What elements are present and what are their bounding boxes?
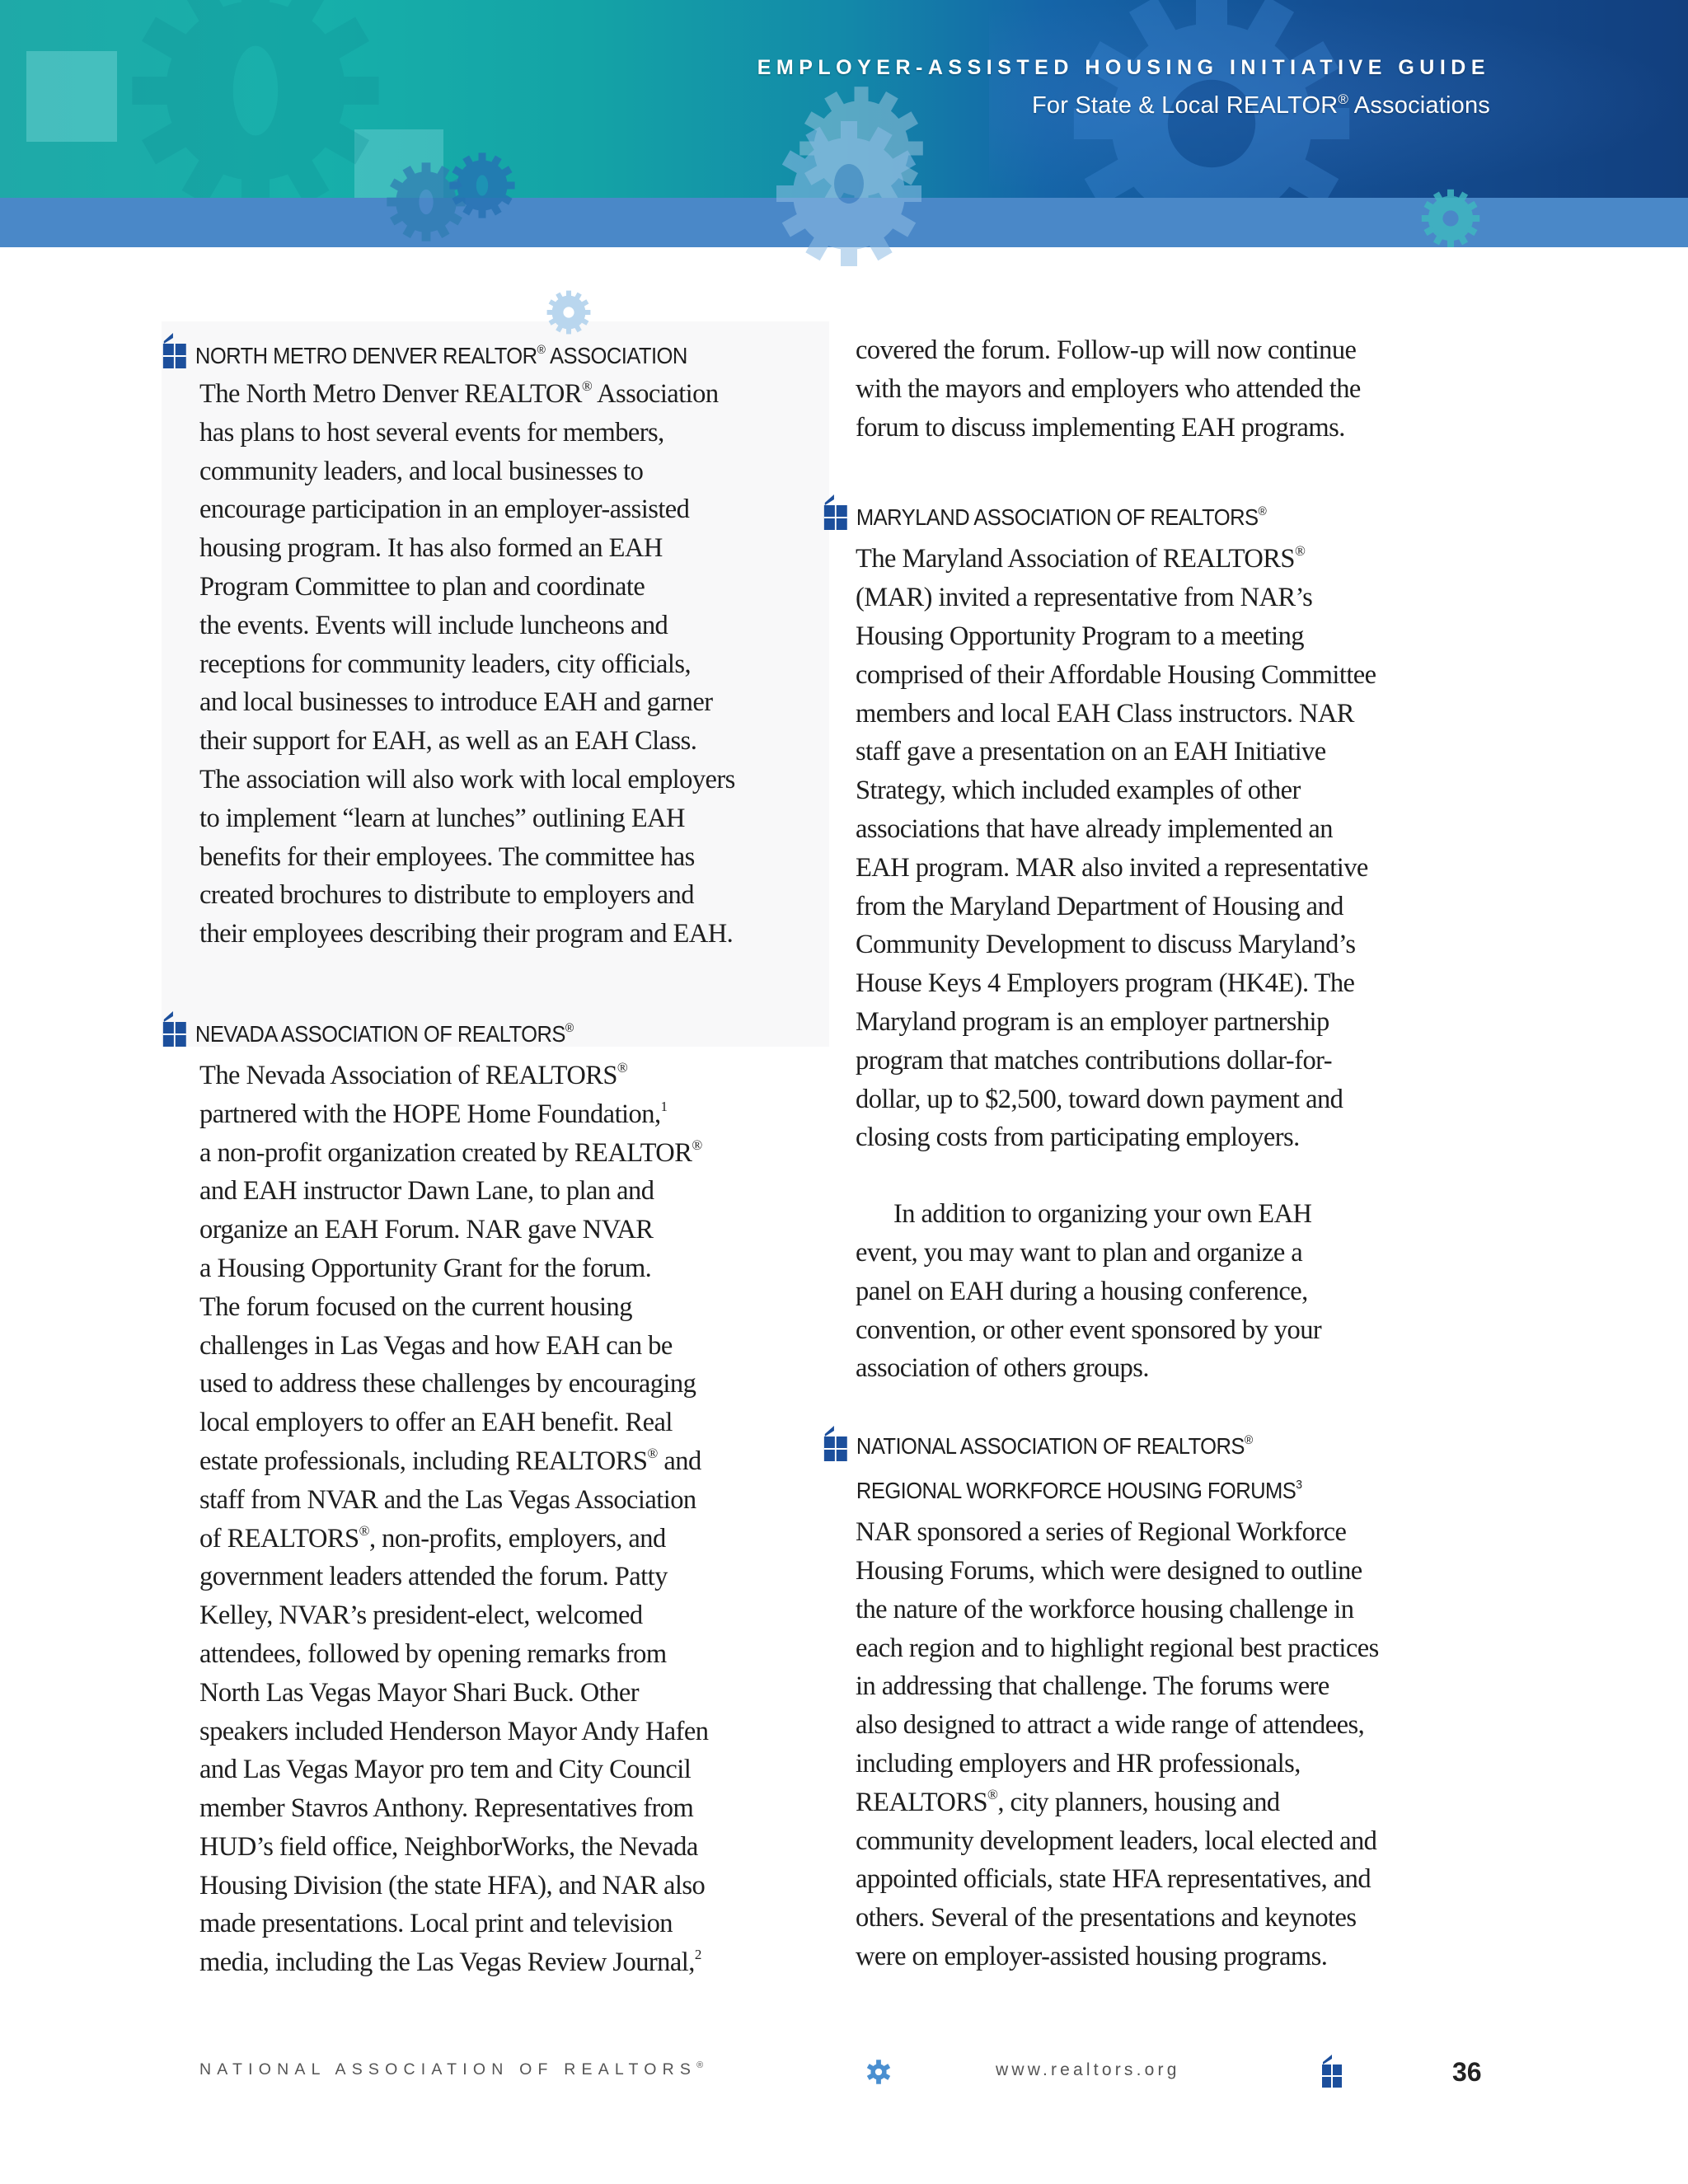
gear-icon xyxy=(865,2059,892,2085)
section-heading-north-metro: NORTH METRO DENVER REALTOR® ASSOCIATION xyxy=(162,330,767,370)
text-line: The Nevada Association of REALTORS® xyxy=(199,1057,813,1095)
text-line: the nature of the workforce housing chal… xyxy=(856,1591,1474,1629)
text-line: their support for EAH, as well as an EAH… xyxy=(199,722,813,761)
text-line: NAR sponsored a series of Regional Workf… xyxy=(856,1513,1474,1552)
text-line: comprised of their Affordable Housing Co… xyxy=(856,656,1474,695)
text-line: made presentations. Local print and tele… xyxy=(199,1905,813,1943)
text-line: The North Metro Denver REALTOR® Associat… xyxy=(199,375,813,414)
text-line: in addressing that challenge. The forums… xyxy=(856,1667,1474,1706)
nevada-continued-paragraph: covered the forum. Follow-up will now co… xyxy=(856,331,1474,447)
text-line: covered the forum. Follow-up will now co… xyxy=(856,331,1474,370)
text-line: to implement “learn at lunches” outlinin… xyxy=(199,799,813,838)
text-line: with the mayors and employers who attend… xyxy=(856,370,1474,409)
footnote-marker: 3 xyxy=(1296,1478,1302,1492)
text-line: EAH program. MAR also invited a represen… xyxy=(856,849,1474,888)
text-line: media, including the Las Vegas Review Jo… xyxy=(199,1943,813,1982)
text-line: North Las Vegas Mayor Shari Buck. Other xyxy=(199,1674,813,1713)
decorative-square xyxy=(26,51,117,142)
text-line: association of others groups. xyxy=(856,1349,1474,1388)
text-line: estate professionals, including REALTORS… xyxy=(199,1442,813,1481)
text-line: receptions for community leaders, city o… xyxy=(199,645,813,684)
text-line: Housing Division (the state HFA), and NA… xyxy=(199,1867,813,1905)
text-line: including employers and HR professionals… xyxy=(856,1745,1474,1783)
text-line: event, you may want to plan and organize… xyxy=(856,1234,1474,1272)
maryland-paragraph: The Maryland Association of REALTORS® (M… xyxy=(856,540,1474,1157)
text-line: staff gave a presentation on an EAH Init… xyxy=(856,733,1474,771)
text-line: a Housing Opportunity Grant for the foru… xyxy=(199,1249,813,1288)
text-line: speakers included Henderson Mayor Andy H… xyxy=(199,1713,813,1751)
nevada-paragraph: The Nevada Association of REALTORS® part… xyxy=(199,1057,813,1982)
text-line: benefits for their employees. The commit… xyxy=(199,838,813,877)
guide-title: EMPLOYER-ASSISTED HOUSING INITIATIVE GUI… xyxy=(757,56,1490,80)
text-line: Housing Opportunity Program to a meeting xyxy=(856,617,1474,656)
north-metro-paragraph: The North Metro Denver REALTOR® Associat… xyxy=(199,375,813,954)
text-line: also designed to attract a wide range of… xyxy=(856,1706,1474,1745)
section-heading-nar-forums: NATIONAL ASSOCIATION OF REALTORS® REGION… xyxy=(823,1431,1428,1510)
text-line: has plans to host several events for mem… xyxy=(199,414,813,452)
subtitle-text: For State & Local REALTOR xyxy=(1032,92,1338,119)
text-line: the events. Events will include luncheon… xyxy=(199,607,813,645)
heading-text: NATIONAL ASSOCIATION OF REALTORS xyxy=(856,1433,1245,1459)
section-heading-nevada: NEVADA ASSOCIATION OF REALTORS® xyxy=(162,1008,767,1048)
banner-gear-icon xyxy=(1418,181,1484,247)
heading-text: NEVADA ASSOCIATION OF REALTORS xyxy=(195,1021,565,1047)
text-line: Maryland program is an employer partners… xyxy=(856,1003,1474,1042)
text-line: community development leaders, local ele… xyxy=(856,1822,1474,1861)
section-heading-maryland: MARYLAND ASSOCIATION OF REALTORS® xyxy=(823,491,1428,532)
text-line: encourage participation in an employer-a… xyxy=(199,490,813,529)
text-line: The Maryland Association of REALTORS® xyxy=(856,540,1474,579)
text-line: The association will also work with loca… xyxy=(199,761,813,799)
text-line: The forum focused on the current housing xyxy=(199,1288,813,1327)
house-window-icon xyxy=(162,330,188,369)
text-line: challenges in Las Vegas and how EAH can … xyxy=(199,1327,813,1366)
text-line: HUD’s field office, NeighborWorks, the N… xyxy=(199,1828,813,1867)
text-line: a non-profit organization created by REA… xyxy=(199,1134,813,1173)
house-window-icon xyxy=(823,1422,849,1462)
text-line: others. Several of the presentations and… xyxy=(856,1899,1474,1938)
text-line: their employees describing their program… xyxy=(199,915,813,954)
house-window-icon xyxy=(823,491,849,531)
right-column: covered the forum. Follow-up will now co… xyxy=(823,331,1474,1976)
text-line: and EAH instructor Dawn Lane, to plan an… xyxy=(199,1172,813,1211)
text-line: from the Maryland Department of Housing … xyxy=(856,888,1474,926)
text-line: and Las Vegas Mayor pro tem and City Cou… xyxy=(199,1750,813,1789)
footer-org-text: NATIONAL ASSOCIATION OF REALTORS xyxy=(199,2060,696,2079)
text-line: panel on EAH during a housing conference… xyxy=(856,1272,1474,1311)
page-number: 36 xyxy=(1452,2057,1482,2088)
text-line: housing program. It has also formed an E… xyxy=(199,529,813,568)
footer-organization: NATIONAL ASSOCIATION OF REALTORS® xyxy=(199,2060,703,2079)
text-line: forum to discuss implementing EAH progra… xyxy=(856,409,1474,448)
text-line: House Keys 4 Employers program (HK4E). T… xyxy=(856,964,1474,1003)
text-line: organize an EAH Forum. NAR gave NVAR xyxy=(199,1211,813,1249)
text-line: Kelley, NVAR’s president-elect, welcomed xyxy=(199,1596,813,1635)
text-line: created brochures to distribute to emplo… xyxy=(199,876,813,915)
registered-mark: ® xyxy=(1259,504,1267,518)
house-window-icon xyxy=(162,1008,188,1047)
text-line: attendees, followed by opening remarks f… xyxy=(199,1635,813,1674)
text-line: (MAR) invited a representative from NAR’… xyxy=(856,579,1474,617)
text-line: and local businesses to introduce EAH an… xyxy=(199,683,813,722)
text-line: Strategy, which included examples of oth… xyxy=(856,771,1474,810)
text-line: program that matches contributions dolla… xyxy=(856,1042,1474,1080)
registered-mark: ® xyxy=(1245,1433,1253,1447)
registered-mark: ® xyxy=(1338,91,1348,107)
text-line: REALTORS®, city planners, housing and xyxy=(856,1783,1474,1822)
heading-text: MARYLAND ASSOCIATION OF REALTORS xyxy=(856,504,1259,530)
text-line: used to address these challenges by enco… xyxy=(199,1365,813,1404)
heading-text: ASSOCIATION xyxy=(546,343,687,368)
page-footer: NATIONAL ASSOCIATION OF REALTORS® www.re… xyxy=(0,2052,1688,2093)
text-line: Housing Forums, which were designed to o… xyxy=(856,1552,1474,1591)
text-line: member Stavros Anthony. Representatives … xyxy=(199,1789,813,1828)
nar-forums-paragraph: NAR sponsored a series of Regional Workf… xyxy=(856,1513,1474,1976)
text-line: were on employer-assisted housing progra… xyxy=(856,1938,1474,1976)
registered-mark: ® xyxy=(537,343,546,357)
subtitle-text: Associations xyxy=(1348,92,1490,119)
heading-text: REGIONAL WORKFORCE HOUSING FORUMS xyxy=(856,1478,1296,1503)
text-line: each region and to highlight regional be… xyxy=(856,1629,1474,1668)
text-line: dollar, up to $2,500, toward down paymen… xyxy=(856,1080,1474,1119)
text-line: government leaders attended the forum. P… xyxy=(199,1558,813,1596)
text-line: convention, or other event sponsored by … xyxy=(856,1311,1474,1350)
banner-gear-icon xyxy=(445,140,519,231)
registered-mark: ® xyxy=(696,2060,703,2070)
text-line: community leaders, and local businesses … xyxy=(199,452,813,491)
addition-paragraph: In addition to organizing your own EAH e… xyxy=(856,1195,1474,1388)
website-link[interactable]: www.realtors.org xyxy=(996,2060,1180,2080)
heading-text: NORTH METRO DENVER REALTOR xyxy=(195,343,537,368)
text-line: appointed officials, state HFA represent… xyxy=(856,1860,1474,1899)
registered-mark: ® xyxy=(565,1021,574,1035)
text-line: Program Committee to plan and coordinate xyxy=(199,568,813,607)
left-column: NORTH METRO DENVER REALTOR® ASSOCIATION … xyxy=(162,330,813,1982)
decorative-gear-icon xyxy=(767,107,931,280)
text-line: closing costs from participating employe… xyxy=(856,1118,1474,1157)
text-line: staff from NVAR and the Las Vegas Associ… xyxy=(199,1481,813,1520)
house-window-icon xyxy=(1320,2052,1343,2088)
text-line: local employers to offer an EAH benefit.… xyxy=(199,1404,813,1442)
text-line: Community Development to discuss Marylan… xyxy=(856,926,1474,964)
banner-gear-icon xyxy=(115,0,396,231)
text-line: partnered with the HOPE Home Foundation,… xyxy=(199,1095,813,1134)
text-line: of REALTORS®, non-profits, employers, an… xyxy=(199,1520,813,1558)
text-line: In addition to organizing your own EAH xyxy=(856,1195,1474,1234)
text-line: associations that have already implement… xyxy=(856,810,1474,849)
text-line: members and local EAH Class instructors.… xyxy=(856,695,1474,733)
